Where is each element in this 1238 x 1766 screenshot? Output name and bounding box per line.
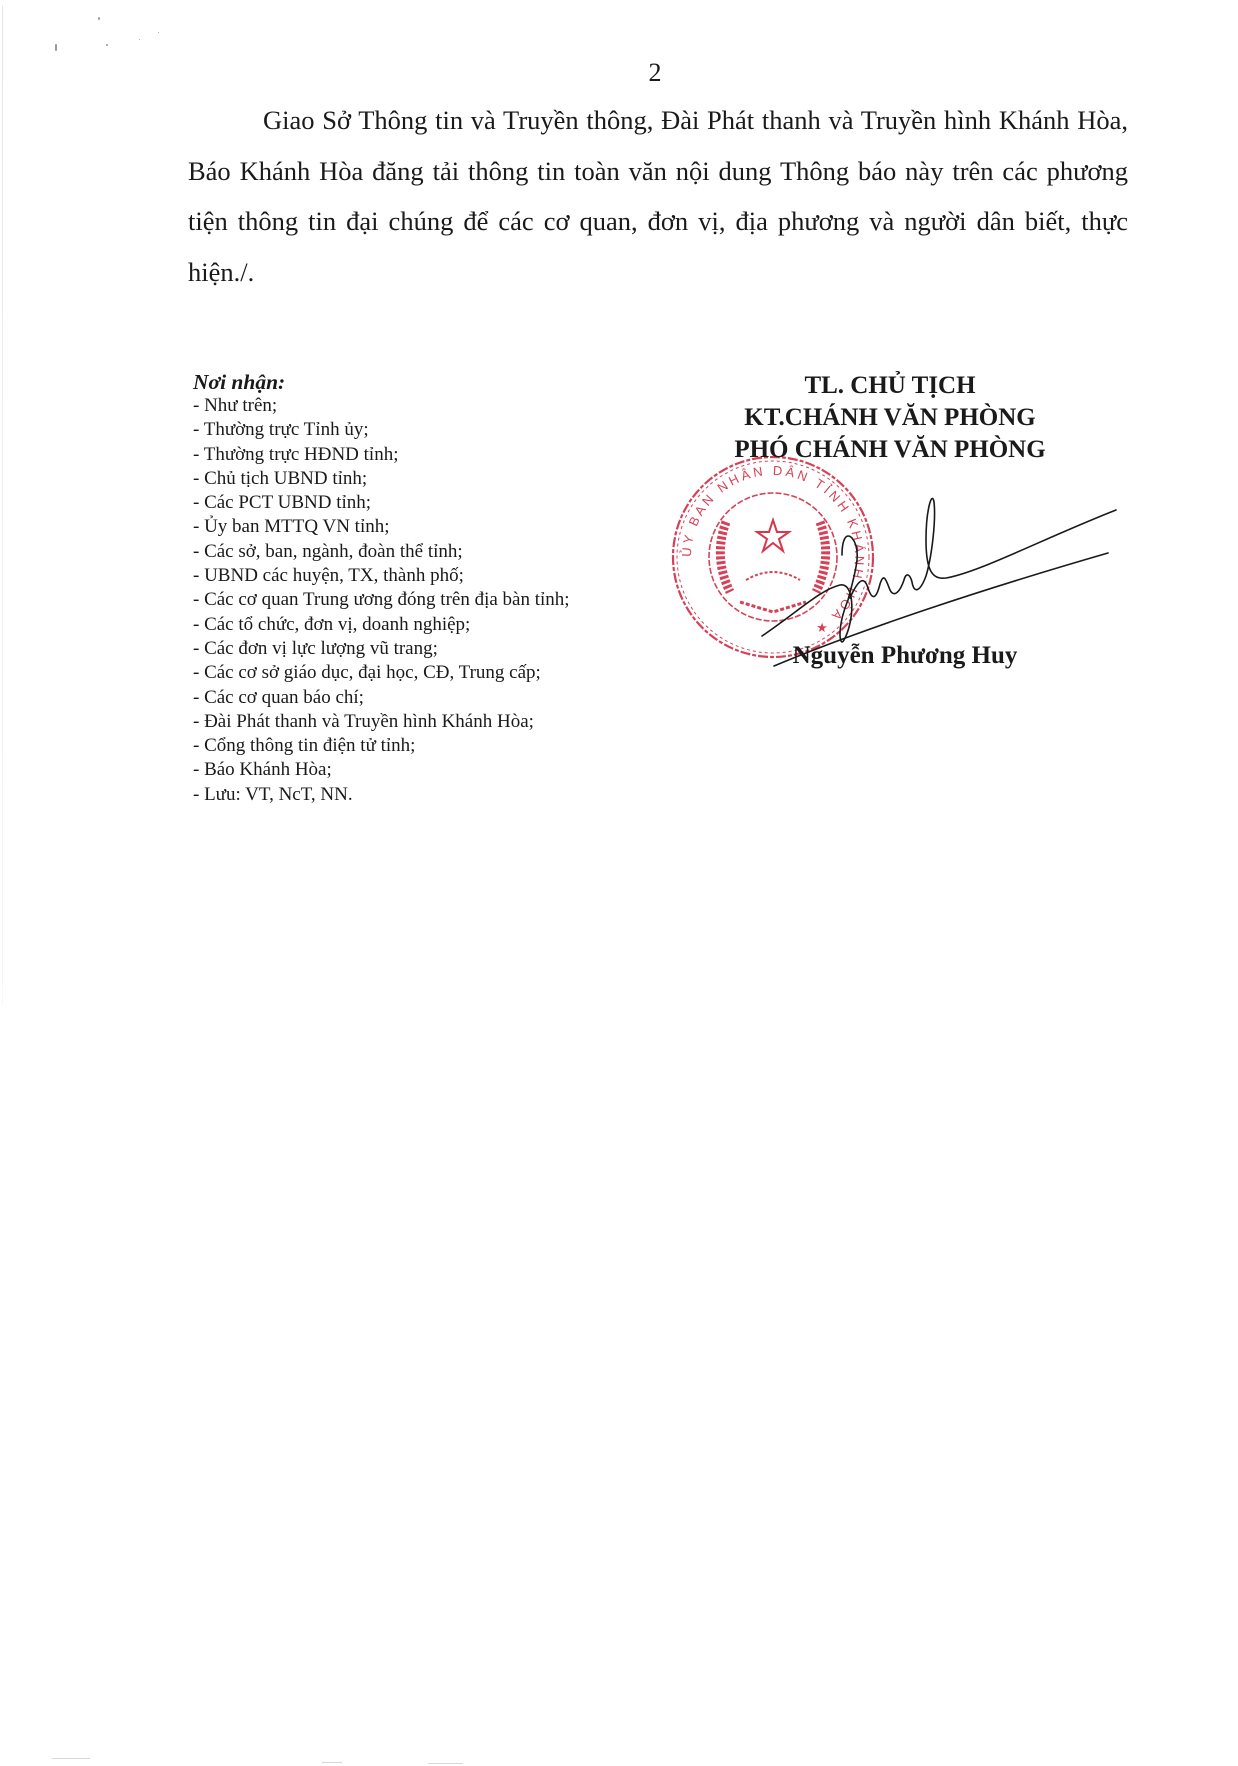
recipient-item: Các tổ chức, đơn vị, doanh nghiệp; bbox=[193, 613, 663, 637]
scan-page-edge bbox=[2, 6, 3, 1006]
scan-mark bbox=[428, 1763, 463, 1764]
page-number: 2 bbox=[0, 58, 1238, 88]
recipient-item: Chủ tịch UBND tỉnh; bbox=[193, 467, 663, 491]
recipients-list: Như trên; Thường trực Tỉnh ủy; Thường tr… bbox=[193, 394, 663, 807]
recipients-title: Nơi nhận: bbox=[193, 370, 663, 394]
recipient-item: Các cơ quan Trung ương đóng trên địa bàn… bbox=[193, 588, 663, 612]
recipient-item: Các cơ sở giáo dục, đại học, CĐ, Trung c… bbox=[193, 661, 663, 685]
recipient-item: Các PCT UBND tỉnh; bbox=[193, 491, 663, 515]
body-paragraph: Giao Sở Thông tin và Truyền thông, Đài P… bbox=[188, 95, 1128, 297]
signature-title-1: TL. CHỦ TỊCH bbox=[700, 370, 1080, 402]
scan-speck bbox=[55, 44, 57, 51]
recipient-item: Như trên; bbox=[193, 394, 663, 418]
recipient-item: Các cơ quan báo chí; bbox=[193, 686, 663, 710]
signature-title-3: PHÓ CHÁNH VĂN PHÒNG bbox=[700, 434, 1080, 466]
recipients-section: Nơi nhận: Như trên; Thường trực Tỉnh ủy;… bbox=[193, 370, 663, 807]
signature-title-2: KT.CHÁNH VĂN PHÒNG bbox=[700, 402, 1080, 434]
scan-speck bbox=[139, 39, 140, 40]
scan-speck bbox=[158, 32, 159, 33]
recipient-item: Đài Phát thanh và Truyền hình Khánh Hòa; bbox=[193, 710, 663, 734]
recipient-item: Thường trực HĐND tỉnh; bbox=[193, 443, 663, 467]
recipient-item: UBND các huyện, TX, thành phố; bbox=[193, 564, 663, 588]
scan-speck bbox=[98, 17, 100, 20]
recipient-item: Báo Khánh Hòa; bbox=[193, 758, 663, 782]
recipient-item: Các đơn vị lực lượng vũ trang; bbox=[193, 637, 663, 661]
recipient-item: Cổng thông tin điện tử tỉnh; bbox=[193, 734, 663, 758]
recipient-item: Thường trực Tỉnh ủy; bbox=[193, 418, 663, 442]
scan-mark bbox=[52, 1758, 90, 1759]
signature-block: TL. CHỦ TỊCH KT.CHÁNH VĂN PHÒNG PHÓ CHÁN… bbox=[700, 370, 1080, 466]
recipient-item: Lưu: VT, NcT, NN. bbox=[193, 783, 663, 807]
signer-name: Nguyễn Phương Huy bbox=[760, 640, 1050, 672]
recipient-item: Ủy ban MTTQ VN tỉnh; bbox=[193, 515, 663, 539]
recipient-item: Các sở, ban, ngành, đoàn thể tỉnh; bbox=[193, 540, 663, 564]
scan-speck bbox=[106, 44, 108, 46]
scan-mark bbox=[322, 1762, 342, 1763]
